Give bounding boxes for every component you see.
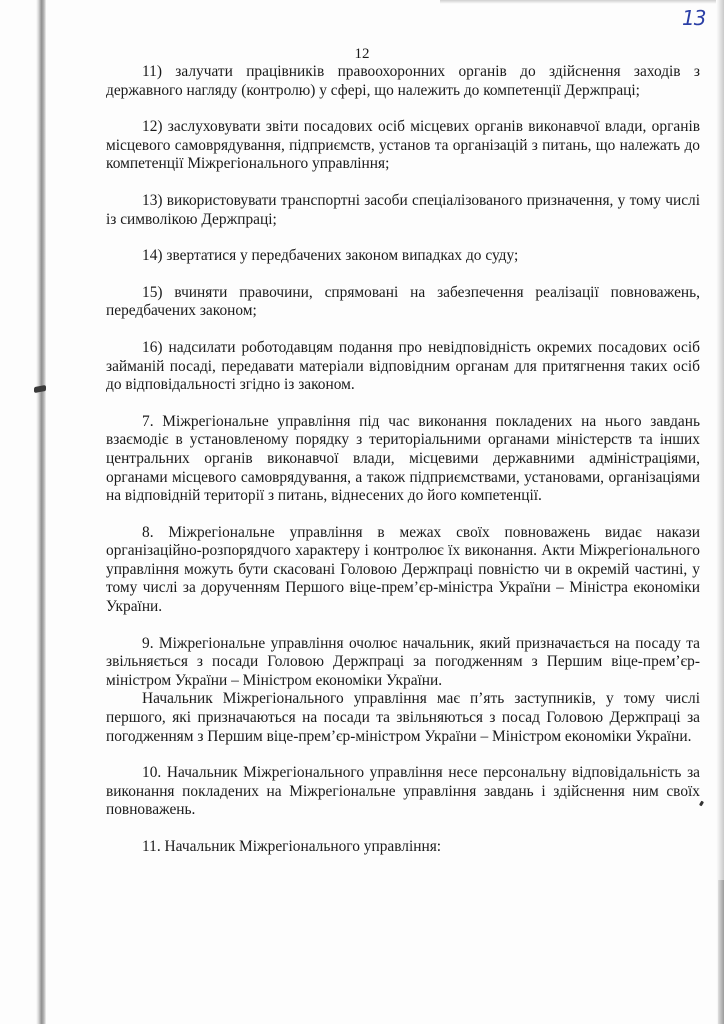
right-page-edge-shadow (718, 880, 724, 1024)
paragraph-item-16: 16) надсилати роботодавцям подання про н… (106, 339, 700, 395)
document-body: 11) залучати працівників правоохоронних … (106, 63, 700, 875)
section-11: 11. Начальник Міжрегіонального управлінн… (106, 838, 700, 857)
scan-top-shadow (440, 0, 724, 4)
section-9-head: 9. Міжрегіональне управління очолює нача… (106, 635, 700, 691)
scan-speck (699, 801, 704, 807)
scanned-page: 13 12 11) залучати працівників правоохор… (0, 0, 724, 1024)
right-page-edge (716, 0, 724, 1024)
section-10: 10. Начальник Міжрегіонального управлінн… (106, 764, 700, 820)
printed-page-number: 12 (0, 46, 724, 63)
paragraph-item-14: 14) звертатися у передбачених законом ви… (106, 247, 700, 266)
binding-edge (36, 0, 46, 1024)
section-7: 7. Міжрегіональне управління під час вик… (106, 413, 700, 506)
handwritten-page-number: 13 (682, 6, 705, 30)
paragraph-item-15: 15) вчиняти правочини, спрямовані на заб… (106, 284, 700, 321)
paragraph-item-13: 13) використовувати транспортні засоби с… (106, 192, 700, 229)
section-9-deputies: Начальник Міжрегіонального управління ма… (106, 690, 700, 746)
paragraph-item-11: 11) залучати працівників правоохоронних … (106, 63, 700, 100)
section-8: 8. Міжрегіональне управління в межах сво… (106, 524, 700, 617)
paragraph-item-12: 12) заслуховувати звіти посадових осіб м… (106, 118, 700, 174)
